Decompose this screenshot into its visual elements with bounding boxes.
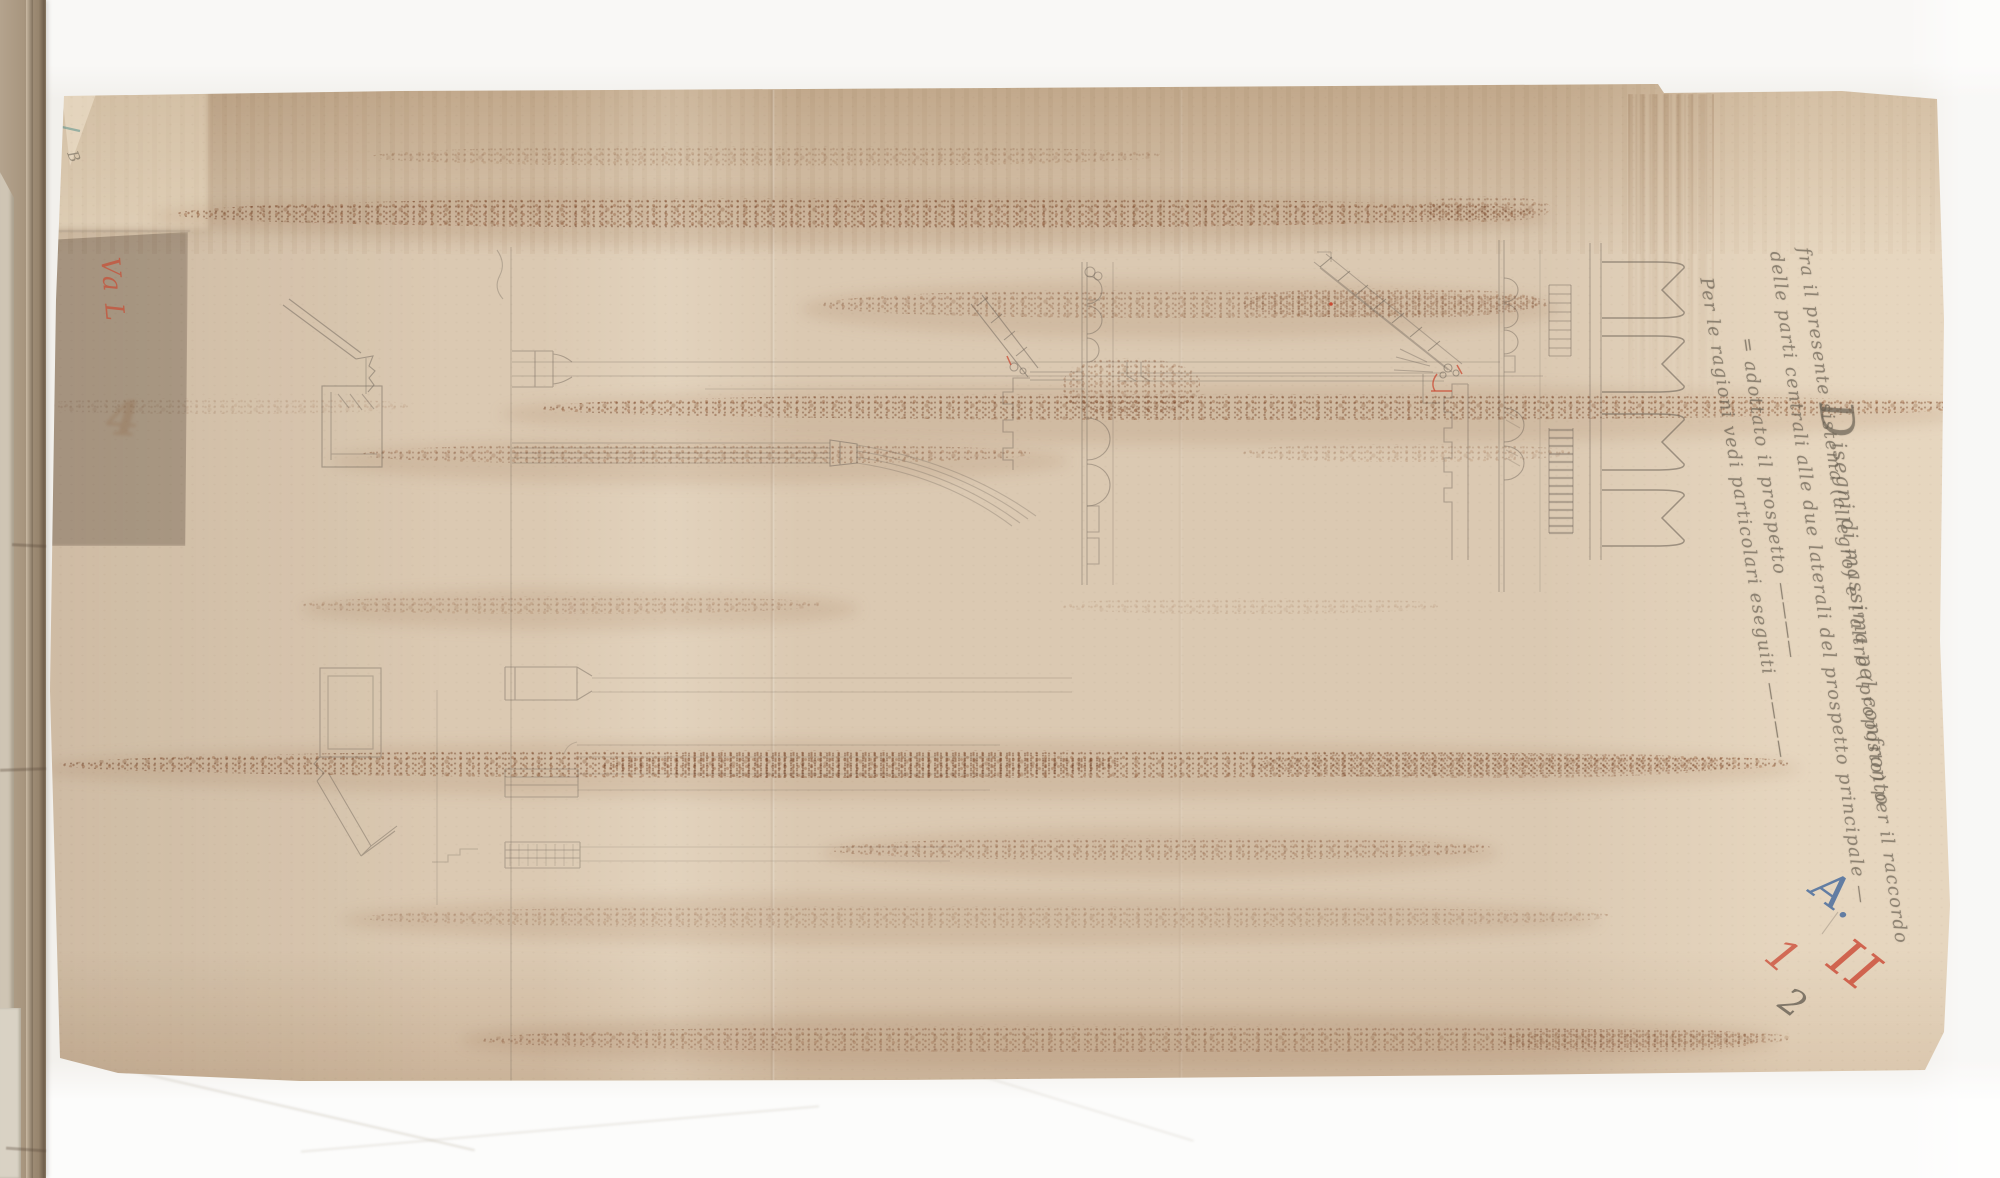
foxing-band: [1500, 1028, 1760, 1052]
foxing-band: [370, 146, 1160, 166]
pencil-note-b: B: [63, 148, 84, 165]
foxing-band: [1060, 598, 1440, 614]
foxing-band: [600, 752, 1120, 778]
foxing-patch: [1060, 358, 1200, 416]
archival-numeral-red: II: [1817, 926, 1893, 1004]
cardboard-fold-line: [26, 0, 33, 1178]
foxing-band: [1240, 288, 1540, 318]
foxing-band: [1420, 196, 1550, 222]
foxing-band: [175, 198, 1535, 228]
foxing-band: [360, 444, 1030, 464]
scan-bed: Disegni di massima pel confronto fra il …: [0, 0, 2000, 1178]
foxing-band: [30, 398, 410, 414]
cornice-section-study: [283, 299, 382, 467]
pencil-drawing-layer: [0, 0, 2000, 1178]
teal-registrar-tick: [62, 127, 80, 131]
cardboard-bottom-strip: [0, 1008, 21, 1178]
drawing-sheet: Disegni di massima pel confronto fra il …: [0, 0, 2000, 1178]
foxing-band: [1250, 752, 1730, 778]
mount-card-edge: [48, 230, 190, 232]
archival-number-pencil: 2: [1771, 980, 1814, 1027]
ghost-number: 4: [104, 390, 141, 448]
foxing-band: [360, 906, 1610, 928]
foxing-band: [830, 838, 1490, 860]
archival-number-red: 1: [1755, 928, 1809, 985]
stamp-va-l: Va L: [94, 256, 130, 324]
stain-streaks: [1628, 94, 1714, 430]
foxing-band: [1240, 444, 1570, 462]
foxing-band: [300, 596, 820, 614]
